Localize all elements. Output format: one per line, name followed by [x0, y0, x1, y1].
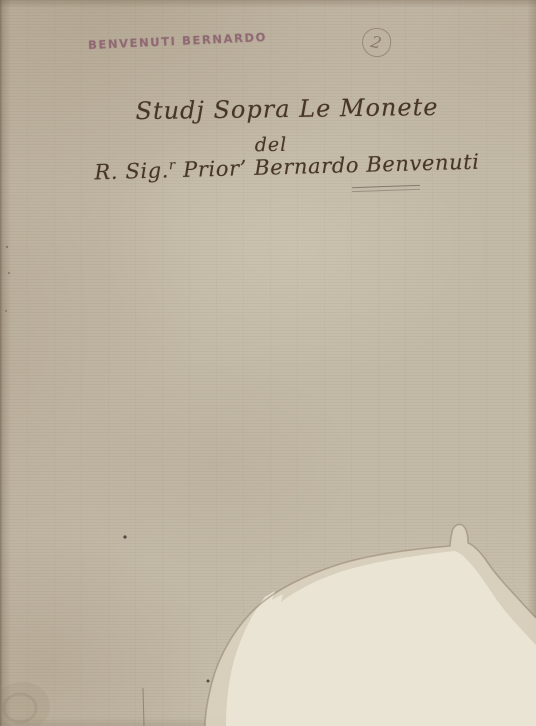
- edge-speck: [5, 310, 7, 312]
- paper-crease: [143, 688, 144, 726]
- ink-speck: [123, 535, 126, 538]
- page-number-value: 2: [369, 32, 383, 53]
- title-line-3-prefix: R. Sig.: [94, 158, 169, 184]
- edge-speck: [6, 246, 8, 248]
- ink-speck: [207, 680, 210, 683]
- edge-speck: [8, 272, 10, 274]
- bottom-left-smudge: [0, 682, 50, 726]
- manuscript-cover-page: BENVENUTI BERNARDO 2 Studj Sopra Le Mone…: [0, 0, 536, 726]
